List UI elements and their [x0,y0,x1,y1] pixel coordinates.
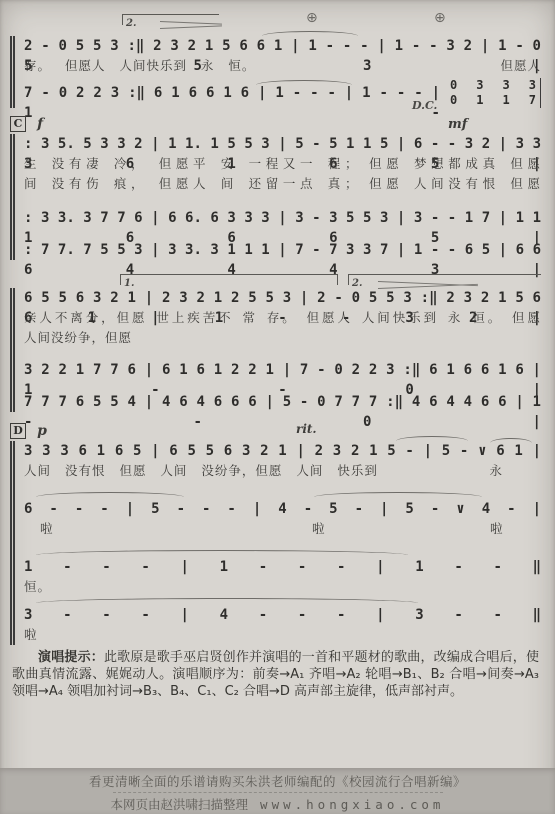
dynamic-f: f [37,116,43,132]
music-line-10: 6 - - - | 5 - - - | 4 - 5 - | 5 - ∨ 4 - … [24,499,541,519]
tie-arc [262,31,358,41]
lyric-row-6b: 人间没纷争，但愿 [24,328,541,348]
sheet-music-page: 2. ⊕ ⊕ 2 - 0 5 5 3 :‖ 2 3 2 1 5 6 6 1 | … [0,0,555,814]
lyric-la: 啦 [312,519,325,537]
footer-note: 看更清晰全面的乐谱请购买朱洪老师编配的《校园流行合唱新编》 [0,768,555,790]
lyric-la: 啦 [490,519,503,537]
performance-notes: 演唱提示：此歌原是歌手巫启贤创作并演唱的一首和平题材的歌曲，改编成合唱后，使歌曲… [12,649,539,700]
rit-mark: rit. [296,422,317,436]
system-9: 3 3 3 6 1 6 5 | 6 5 5 6 3 2 1 | 2 3 2 1 … [24,441,541,481]
system-8: 7 7 7 6 5 5 4 | 4 6 4 6 6 6 | 5 - 0 7 7 … [24,392,541,412]
music-line-11: 1 - - - | 1 - - - | 1 - - ‖ [24,557,541,577]
music-line-3: : 3 5. 5 3 3 2 | 1 1. 1 5 5 3 | 5 - 5 1 … [24,134,541,154]
tie-arc [36,598,418,608]
volta-label: 2. [126,18,136,29]
music-line-4: : 3 3. 3 7 7 6 | 6 6. 6 3 3 3 | 3 - 3 5 … [24,208,541,228]
system-group-3: 6 5 5 6 3 2 1 | 2 3 2 1 2 5 5 3 | 2 - 0 … [10,288,541,412]
footer-credit: 本网页由赵洪啸扫描整理 [111,797,249,812]
system-12: 3 - - - | 4 - - - | 3 - - ‖ 啦 [24,605,541,645]
tie-arc [314,492,482,502]
tie-arc [396,436,468,446]
lyric-line: 存。 但愿人 人间快乐到 永 恒。 [24,56,255,76]
tie-arc [256,80,352,90]
coda-icon: ⊕ [306,10,318,26]
dynamic-mf: mf [448,117,467,132]
footer-credit-row: 本网页由赵洪啸扫描整理www.hongxiao.com [0,795,555,813]
lyric-line: 但愿人 [500,56,541,76]
divisi-stack: 0 3 3 3 0 1 1 7 [450,78,541,108]
system-6: 6 5 5 6 3 2 1 | 2 3 2 1 2 5 5 3 | 2 - 0 … [24,288,541,348]
system-2: 7 - 0 2 2 3 :‖ 6 1 6 6 1 6 | 1 - - - | 1… [24,78,541,108]
system-5: : 7 7. 7 5 5 3 | 3 3. 3 1 1 1 | 7 - 7 3 … [24,240,541,260]
section-d-box: D [10,423,26,439]
music-line-2-lower: 0 1 1 7 [450,93,536,108]
system-1: 2 - 0 5 5 3 :‖ 2 3 2 1 5 6 6 1 | 1 - - -… [24,36,541,76]
system-3: : 3 5. 5 3 3 2 | 1 1. 1 5 5 3 | 5 - 5 1 … [24,134,541,194]
lyric-la: 啦 [40,519,53,537]
system-10: 6 - - - | 5 - - - | 4 - 5 - | 5 - ∨ 4 - … [24,499,541,541]
lyric-line: 人间 没有恨 但愿 人间 没纷争，但愿 人间 快乐到 [24,461,378,481]
system-group-4: 3 3 3 6 1 6 5 | 6 5 5 6 3 2 1 | 2 3 2 1 … [10,441,541,645]
system-4: : 3 3. 3 7 7 6 | 6 6. 6 3 3 3 | 3 - 3 5 … [24,208,541,228]
music-line-12: 3 - - - | 4 - - - | 3 - - ‖ [24,605,541,625]
lyric-row-3b: 间 没有伤 痕， 但愿人 间 还留一点 真； 但愿 人间没有恨 但愿 [24,174,541,194]
notes-label: 演唱提示： [38,650,104,665]
system-11: 1 - - - | 1 - - - | 1 - - ‖ 恒。 [24,557,541,597]
music-line-2: 7 - 0 2 2 3 :‖ 6 1 6 6 1 6 | 1 - - - | 1… [24,83,440,103]
tie-arc [490,438,532,448]
dynamic-p: p [37,423,47,439]
website-url: www.hongxiao.com [260,797,444,812]
lyric-row-3a: 生 没有凄 冷， 但愿平 安 一程又一 程； 但愿 梦想都成真 但愿 [24,154,541,174]
music-line-6: 6 5 5 6 3 2 1 | 2 3 2 1 2 5 5 3 | 2 - 0 … [24,288,541,308]
section-c-box: C [10,116,26,132]
lyric-row-10: 啦 啦 啦 [24,519,541,541]
lyric-line: 永 [489,461,503,481]
tie-arc [36,550,408,560]
lyric-row-11: 恒。 [24,577,541,597]
coda-icon: ⊕ [434,10,446,26]
volta-row: 1. 2. [10,268,541,288]
music-line-5: : 7 7. 7 5 5 3 | 3 3. 3 1 1 1 | 7 - 7 3 … [24,240,541,260]
music-line-7: 3 2 2 1 7 7 6 | 6 1 6 1 2 2 1 | 7 - 0 2 … [24,360,541,380]
system-7: 3 2 2 1 7 7 6 | 6 1 6 1 2 2 1 | 7 - 0 2 … [24,360,541,380]
volta-bracket-1: 1. [120,274,338,285]
decrescendo-icon [160,20,222,29]
footer-band: 看更清晰全面的乐谱请购买朱洪老师编配的《校园流行合唱新编》 本网页由赵洪啸扫描整… [0,768,555,814]
music-line-2-upper: 0 3 3 3 [450,78,536,93]
section-c-row: C f mf [10,113,541,134]
footer-divider [113,792,443,793]
system-group-1: 2 - 0 5 5 3 :‖ 2 3 2 1 5 6 6 1 | 1 - - -… [10,36,541,108]
music-line-8: 7 7 7 6 5 5 4 | 4 6 4 6 6 6 | 5 - 0 7 7 … [24,392,541,412]
lyric-row-12: 啦 [24,625,541,645]
lyric-row-9: 人间 没有恨 但愿 人间 没纷争，但愿 人间 快乐到 永 [24,461,541,481]
tie-arc [36,492,184,502]
dc-mark: D.C. [412,99,437,112]
system-group-2: : 3 5. 5 3 3 2 | 1 1. 1 5 5 3 | 5 - 5 1 … [10,134,541,260]
lyric-row-6a: 亲人不离分，但愿 世上疾苦不 常 存。 但愿人 人间快乐到 永 恒。 但愿 [24,308,541,328]
